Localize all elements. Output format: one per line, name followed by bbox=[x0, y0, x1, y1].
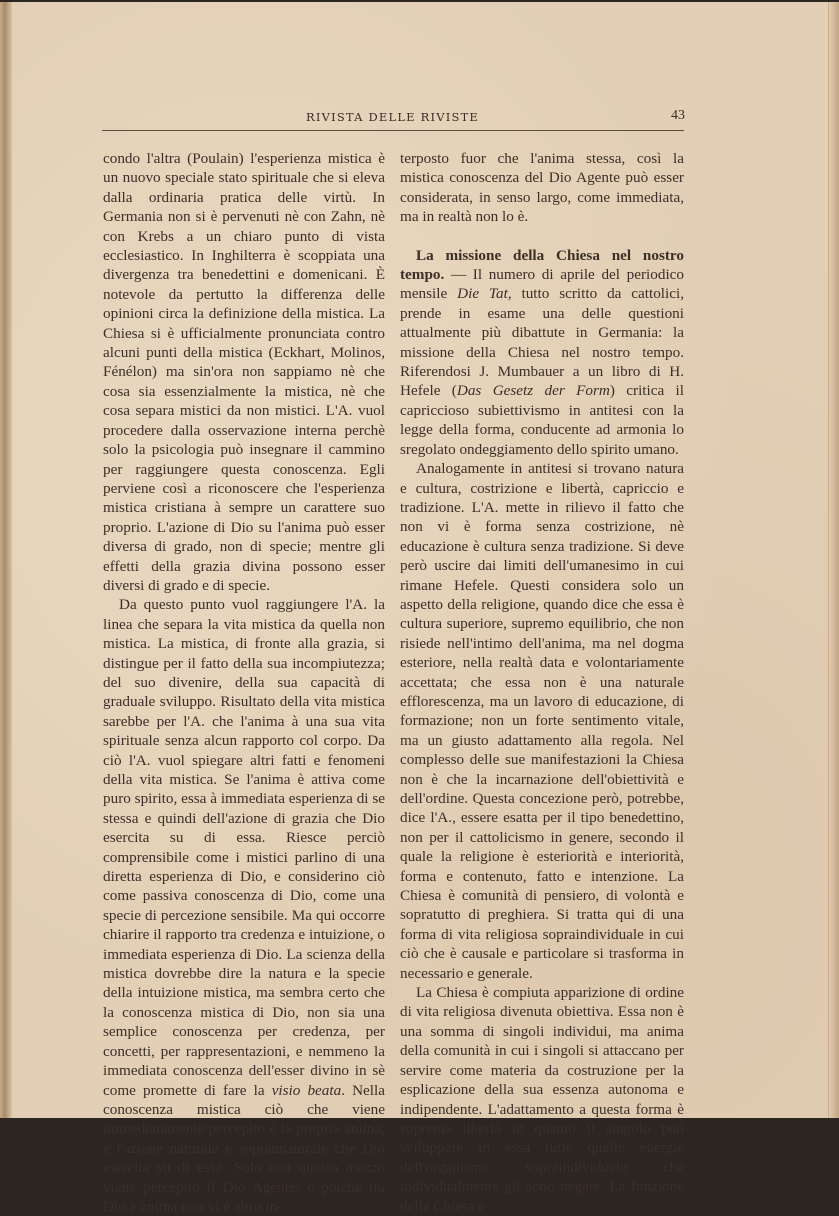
page-right-edge bbox=[828, 2, 839, 1118]
paragraph: Analogamente in antitesi si trovano natu… bbox=[400, 459, 684, 983]
book-title: Das Gesetz der Form bbox=[457, 382, 610, 399]
journal-title: Die Tat bbox=[457, 285, 508, 302]
left-column: condo l'altra (Poulain) l'esperienza mis… bbox=[103, 149, 385, 1118]
paragraph: condo l'altra (Poulain) l'esperienza mis… bbox=[103, 149, 385, 595]
paragraph-text: Da questo punto vuol raggiungere l'A. la… bbox=[103, 596, 385, 1098]
page-spine-shadow bbox=[0, 2, 12, 1118]
paragraph: La Chiesa è compiuta apparizione di ordi… bbox=[400, 983, 684, 1118]
scanned-page: RIVISTA DELLE RIVISTE 43 condo l'altra (… bbox=[0, 2, 839, 1118]
header-rule bbox=[102, 130, 684, 131]
page-header: RIVISTA DELLE RIVISTE 43 bbox=[100, 110, 685, 130]
page-number: 43 bbox=[671, 108, 685, 124]
right-column: terposto fuor che l'anima stessa, così l… bbox=[400, 149, 684, 1118]
paragraph: terposto fuor che l'anima stessa, così l… bbox=[400, 149, 684, 227]
italic-phrase: visio beata bbox=[272, 1082, 342, 1099]
section-paragraph: La missione della Chiesa nel nostro temp… bbox=[400, 246, 684, 459]
running-title: RIVISTA DELLE RIVISTE bbox=[100, 110, 685, 124]
paragraph: Da questo punto vuol raggiungere l'A. la… bbox=[103, 595, 385, 1118]
